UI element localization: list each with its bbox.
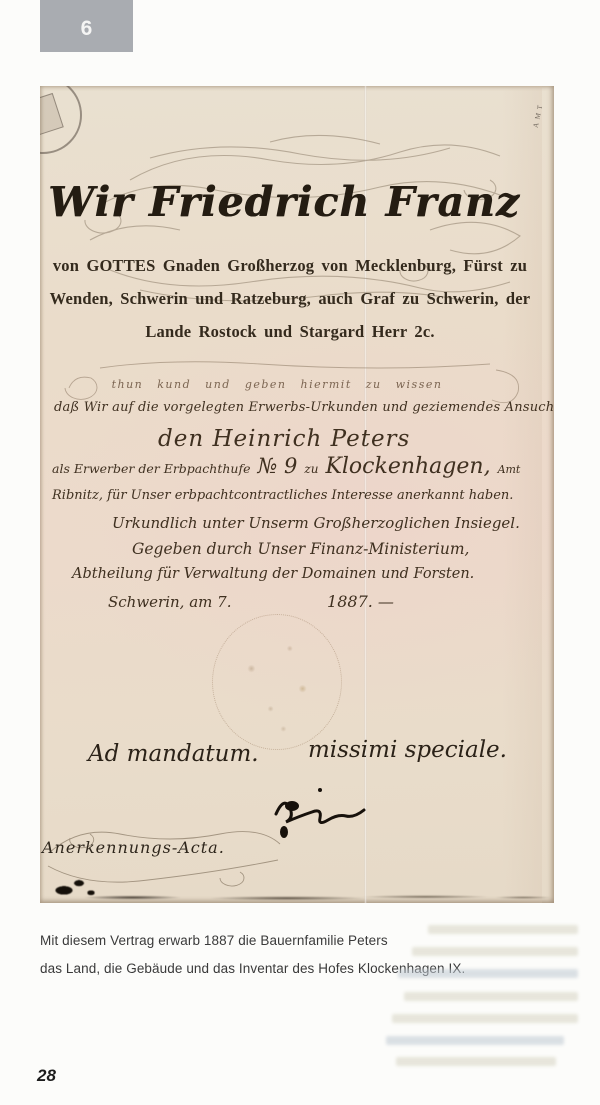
- bleedthrough-text: [428, 925, 578, 934]
- script-abtheilung: Abtheilung für Verwaltung der Domainen u…: [72, 566, 474, 582]
- script-insiegel: Urkundlich unter Unserm Großherzoglichen…: [112, 514, 520, 532]
- signature-scribble: [262, 780, 402, 840]
- script-intro: daß Wir auf die vorgelegten Erwerbs-Urku…: [54, 400, 554, 415]
- printed-line-1: von GOTTES Gnaden Großherzog von Mecklen…: [40, 256, 540, 276]
- closing-missimi-speciale: missimi speciale.: [308, 737, 507, 763]
- bottom-edge-smudge: [40, 894, 554, 901]
- archive-note: Anerkennungs-Acta.: [42, 838, 225, 857]
- grant-segment-number: № 9: [257, 454, 297, 478]
- script-grant-line: als Erwerber der Erbpachthufe № 9 zu Klo…: [52, 454, 520, 479]
- script-date: Schwerin, am 7. 1887. —: [108, 592, 394, 611]
- chapter-tab: 6: [40, 0, 133, 52]
- bleedthrough-text: [404, 992, 578, 1001]
- date-year: 1887. —: [327, 592, 394, 611]
- page-number: 28: [37, 1066, 56, 1086]
- closing-ad-mandatum: Ad mandatum.: [88, 741, 259, 767]
- grant-segment-amt: Amt: [498, 463, 521, 476]
- chapter-number: 6: [81, 17, 93, 41]
- bleedthrough-text: [396, 1057, 556, 1066]
- scanned-document: A M T Wir Friedrich Franz von GOTTES Gna…: [40, 86, 554, 903]
- formula-line: thun kund und geben hiermit zu wissen: [40, 378, 514, 391]
- bleedthrough-text: [398, 969, 578, 978]
- bleedthrough-text: [392, 1014, 578, 1023]
- bleedthrough-text: [412, 947, 578, 956]
- round-stamp-icon: [40, 86, 82, 154]
- grant-segment-1: als Erwerber der Erbpachthufe: [52, 461, 250, 476]
- script-ministerium: Gegeben durch Unser Finanz-Ministerium,: [132, 540, 470, 558]
- stamp-crest: [40, 93, 64, 137]
- script-name: den Heinrich Peters: [158, 426, 410, 452]
- printed-line-3: Lande Rostock und Stargard Herr 2c.: [40, 322, 540, 342]
- bleedthrough-text: [386, 1036, 564, 1045]
- date-place: Schwerin, am 7.: [108, 593, 231, 611]
- printed-line-2: Wenden, Schwerin und Ratzeburg, auch Gra…: [40, 289, 540, 309]
- embossed-seal-icon: [212, 614, 342, 750]
- caption-line-1: Mit diesem Vertrag erwarb 1887 die Bauer…: [40, 933, 388, 948]
- grant-segment-place: Klockenhagen,: [325, 454, 490, 479]
- script-ribnitz: Ribnitz, für Unser erbpachtcontractliche…: [52, 488, 513, 503]
- document-title: Wir Friedrich Franz: [40, 178, 528, 226]
- grant-segment-zu: zu: [304, 462, 318, 476]
